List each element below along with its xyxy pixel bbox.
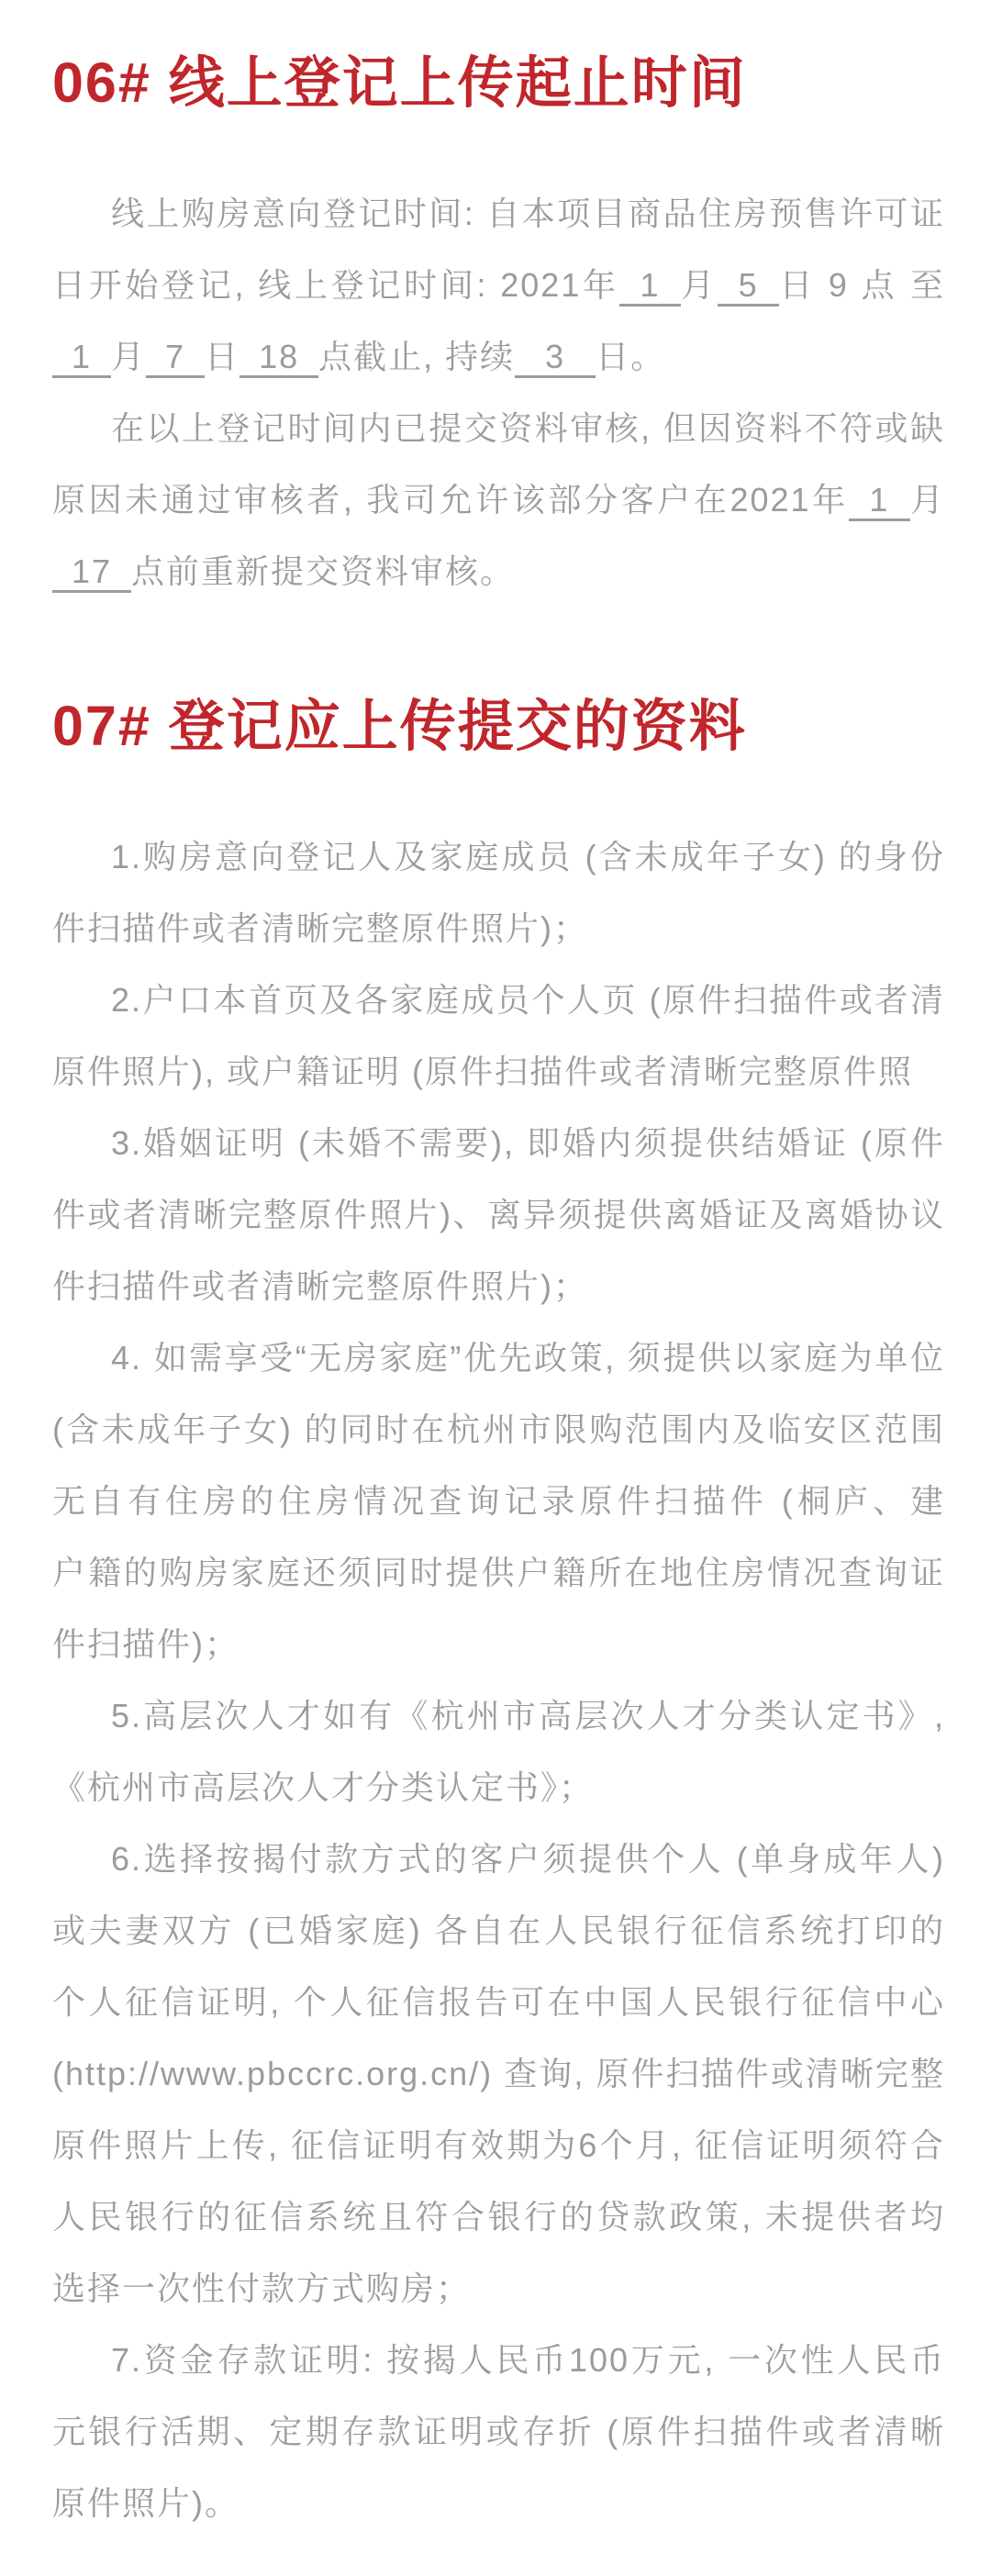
underlined-blank: 5 [718, 266, 779, 307]
text-segment: 原件照片), 或户籍证明 (原件扫描件或者清晰完整原件照片)； [52, 1053, 913, 1108]
text-segment: 6.选择按揭付款方式的客户须提供个人 (单身成年人) [111, 1840, 945, 1878]
text-segment: 原因未通过审核者, 我司允许该部分客户在2021年 [52, 481, 849, 519]
text-line: 原件照片), 或户籍证明 (原件扫描件或者清晰完整原件照片)； [52, 1036, 945, 1108]
text-line: 1 月 7 日 18 点截止, 持续 3 日。 [52, 321, 945, 393]
text-line: 件扫描件)； [52, 1609, 945, 1680]
text-segment: 个人征信证明, 个人征信报告可在中国人民银行征信中心网站 [52, 1983, 945, 2038]
text-segment: 原件照片上传, 征信证明有效期为6个月, 征信证明须符合中国 [52, 2126, 945, 2181]
text-segment: 件扫描件或者清晰完整原件照片)； [52, 909, 588, 947]
text-line: 人民银行的征信系统且符合银行的贷款政策, 未提供者均视为 [52, 2181, 945, 2253]
text-segment: 4. 如需享受“无房家庭”优先政策, 须提供以家庭为单位 [111, 1339, 945, 1377]
underlined-blank: 7 [146, 338, 205, 378]
text-line: 户籍的购房家庭还须同时提供户籍所在地住房情况查询证明原 [52, 1537, 945, 1609]
text-line: 6.选择按揭付款方式的客户须提供个人 (单身成年人) [52, 1823, 945, 1895]
text-segment: 3.婚姻证明 (未婚不需要), 即婚内须提供结婚证 (原件扫描 [111, 1124, 945, 1179]
text-segment: (http://www.pbccrc.org.cn/) 查询, 原件扫描件或清晰… [52, 2055, 945, 2092]
section-07-heading: 07# 登记应上传提交的资料 [52, 695, 945, 757]
text-segment: 月 [910, 481, 945, 519]
text-line: 5.高层次人才如有《杭州市高层次人才分类认定书》, 需提供 [52, 1680, 945, 1752]
text-line: 线上购房意向登记时间: 自本项目商品住房预售许可证领取次 [52, 178, 945, 250]
text-segment: 日。 [596, 338, 665, 375]
text-segment: 日开始登记, 线上登记时间: 2021年 [52, 266, 619, 304]
text-line: 3.婚姻证明 (未婚不需要), 即婚内须提供结婚证 (原件扫描 [52, 1108, 945, 1179]
text-segment: 或夫妻双方 (已婚家庭) 各自在人民银行征信系统打印的 [52, 1912, 945, 1949]
text-segment: 选择一次性付款方式购房； [52, 2269, 471, 2307]
text-line: 选择一次性付款方式购房； [52, 2253, 945, 2325]
text-line: 个人征信证明, 个人征信报告可在中国人民银行征信中心网站 [52, 1967, 945, 2038]
underlined-blank: 1 [849, 481, 910, 521]
underlined-blank: 18 [239, 338, 318, 378]
section-06-heading: 06# 线上登记上传起止时间 [52, 51, 945, 114]
underlined-blank: 17 [52, 552, 131, 593]
text-line: 件或者清晰完整原件照片)、离异须提供离婚证及离婚协议 (原 [52, 1179, 945, 1251]
text-line: 4. 如需享受“无房家庭”优先政策, 须提供以家庭为单位 [52, 1322, 945, 1394]
text-segment: 在以上登记时间内已提交资料审核, 但因资料不符或缺失等 [111, 409, 945, 464]
text-line: 2.户口本首页及各家庭成员个人页 (原件扫描件或者清晰完整 [52, 965, 945, 1036]
text-segment: 5.高层次人才如有《杭州市高层次人才分类认定书》, 需提供 [111, 1697, 945, 1752]
text-segment: (含未成年子女) 的同时在杭州市限购范围内及临安区范围内 [52, 1411, 945, 1466]
section-06-body: 线上购房意向登记时间: 自本项目商品住房预售许可证领取次日开始登记, 线上登记时… [52, 178, 945, 608]
text-line: 或夫妻双方 (已婚家庭) 各自在人民银行征信系统打印的 [52, 1895, 945, 1967]
section-online-registration-time: 06# 线上登记上传起止时间 线上购房意向登记时间: 自本项目商品住房预售许可证… [52, 51, 945, 608]
text-line: 1.购房意向登记人及家庭成员 (含未成年子女) 的身份证 (原 [52, 821, 945, 893]
text-segment: 线上购房意向登记时间: 自本项目商品住房预售许可证领取次 [111, 195, 945, 250]
text-line: 元银行活期、定期存款证明或存折 (原件扫描件或者清晰完整 [52, 2396, 945, 2468]
text-line: 原件照片)。 [52, 2468, 945, 2539]
document-page: 06# 线上登记上传起止时间 线上购房意向登记时间: 自本项目商品住房预售许可证… [0, 0, 991, 2576]
text-line: 日开始登记, 线上登记时间: 2021年 1 月 5 日 9 点 至2021年 [52, 250, 945, 321]
text-segment: 件扫描件)； [52, 1625, 239, 1663]
underlined-blank: 3 [515, 338, 596, 378]
text-line: 原件照片上传, 征信证明有效期为6个月, 征信证明须符合中国 [52, 2110, 945, 2181]
text-line: 7.资金存款证明: 按揭人民币100万元, 一次性人民币250万 [52, 2325, 945, 2396]
text-segment: 元银行活期、定期存款证明或存折 (原件扫描件或者清晰完整 [52, 2413, 945, 2468]
text-segment: 原件照片)。 [52, 2484, 239, 2522]
text-line: 《杭州市高层次人才分类认定书》； [52, 1752, 945, 1823]
text-line: (http://www.pbccrc.org.cn/) 查询, 原件扫描件或清晰… [52, 2038, 945, 2110]
text-segment: 件扫描件或者清晰完整原件照片)； [52, 1267, 588, 1305]
text-segment: 点前重新提交资料审核。 [131, 552, 515, 590]
text-segment: 户籍的购房家庭还须同时提供户籍所在地住房情况查询证明原 [52, 1554, 945, 1609]
text-segment: 2.户口本首页及各家庭成员个人页 (原件扫描件或者清晰完整 [111, 981, 945, 1036]
text-segment: 无自有住房的住房情况查询记录原件扫描件 (桐庐、建德、淳安 [52, 1482, 945, 1537]
text-segment: 7.资金存款证明: 按揭人民币100万元, 一次性人民币250万 [111, 2341, 945, 2396]
text-line: (含未成年子女) 的同时在杭州市限购范围内及临安区范围内 [52, 1394, 945, 1466]
text-segment: 月 [111, 338, 146, 375]
text-segment: 件或者清晰完整原件照片)、离异须提供离婚证及离婚协议 (原 [52, 1196, 945, 1251]
text-line: 在以上登记时间内已提交资料审核, 但因资料不符或缺失等 [52, 393, 945, 464]
text-line: 件扫描件或者清晰完整原件照片)； [52, 893, 945, 965]
text-line: 件扫描件或者清晰完整原件照片)； [52, 1251, 945, 1322]
text-line: 无自有住房的住房情况查询记录原件扫描件 (桐庐、建德、淳安 [52, 1466, 945, 1537]
section-07-body: 1.购房意向登记人及家庭成员 (含未成年子女) 的身份证 (原件扫描件或者清晰完… [52, 821, 945, 2539]
underlined-blank: 1 [619, 266, 681, 307]
section-required-documents: 07# 登记应上传提交的资料 1.购房意向登记人及家庭成员 (含未成年子女) 的… [52, 695, 945, 2539]
underlined-blank: 1 [52, 338, 111, 378]
text-segment: 人民银行的征信系统且符合银行的贷款政策, 未提供者均视为 [52, 2198, 945, 2253]
text-segment: 1.购房意向登记人及家庭成员 (含未成年子女) 的身份证 (原 [111, 838, 945, 893]
text-segment: 点截止, 持续 [318, 338, 515, 375]
text-segment: 《杭州市高层次人才分类认定书》； [52, 1768, 594, 1806]
text-segment: 日 [205, 338, 239, 375]
text-segment: 月 [681, 266, 718, 304]
text-line: 原因未通过审核者, 我司允许该部分客户在2021年 1 月 8 日 [52, 464, 945, 536]
text-line: 17 点前重新提交资料审核。 [52, 536, 945, 608]
